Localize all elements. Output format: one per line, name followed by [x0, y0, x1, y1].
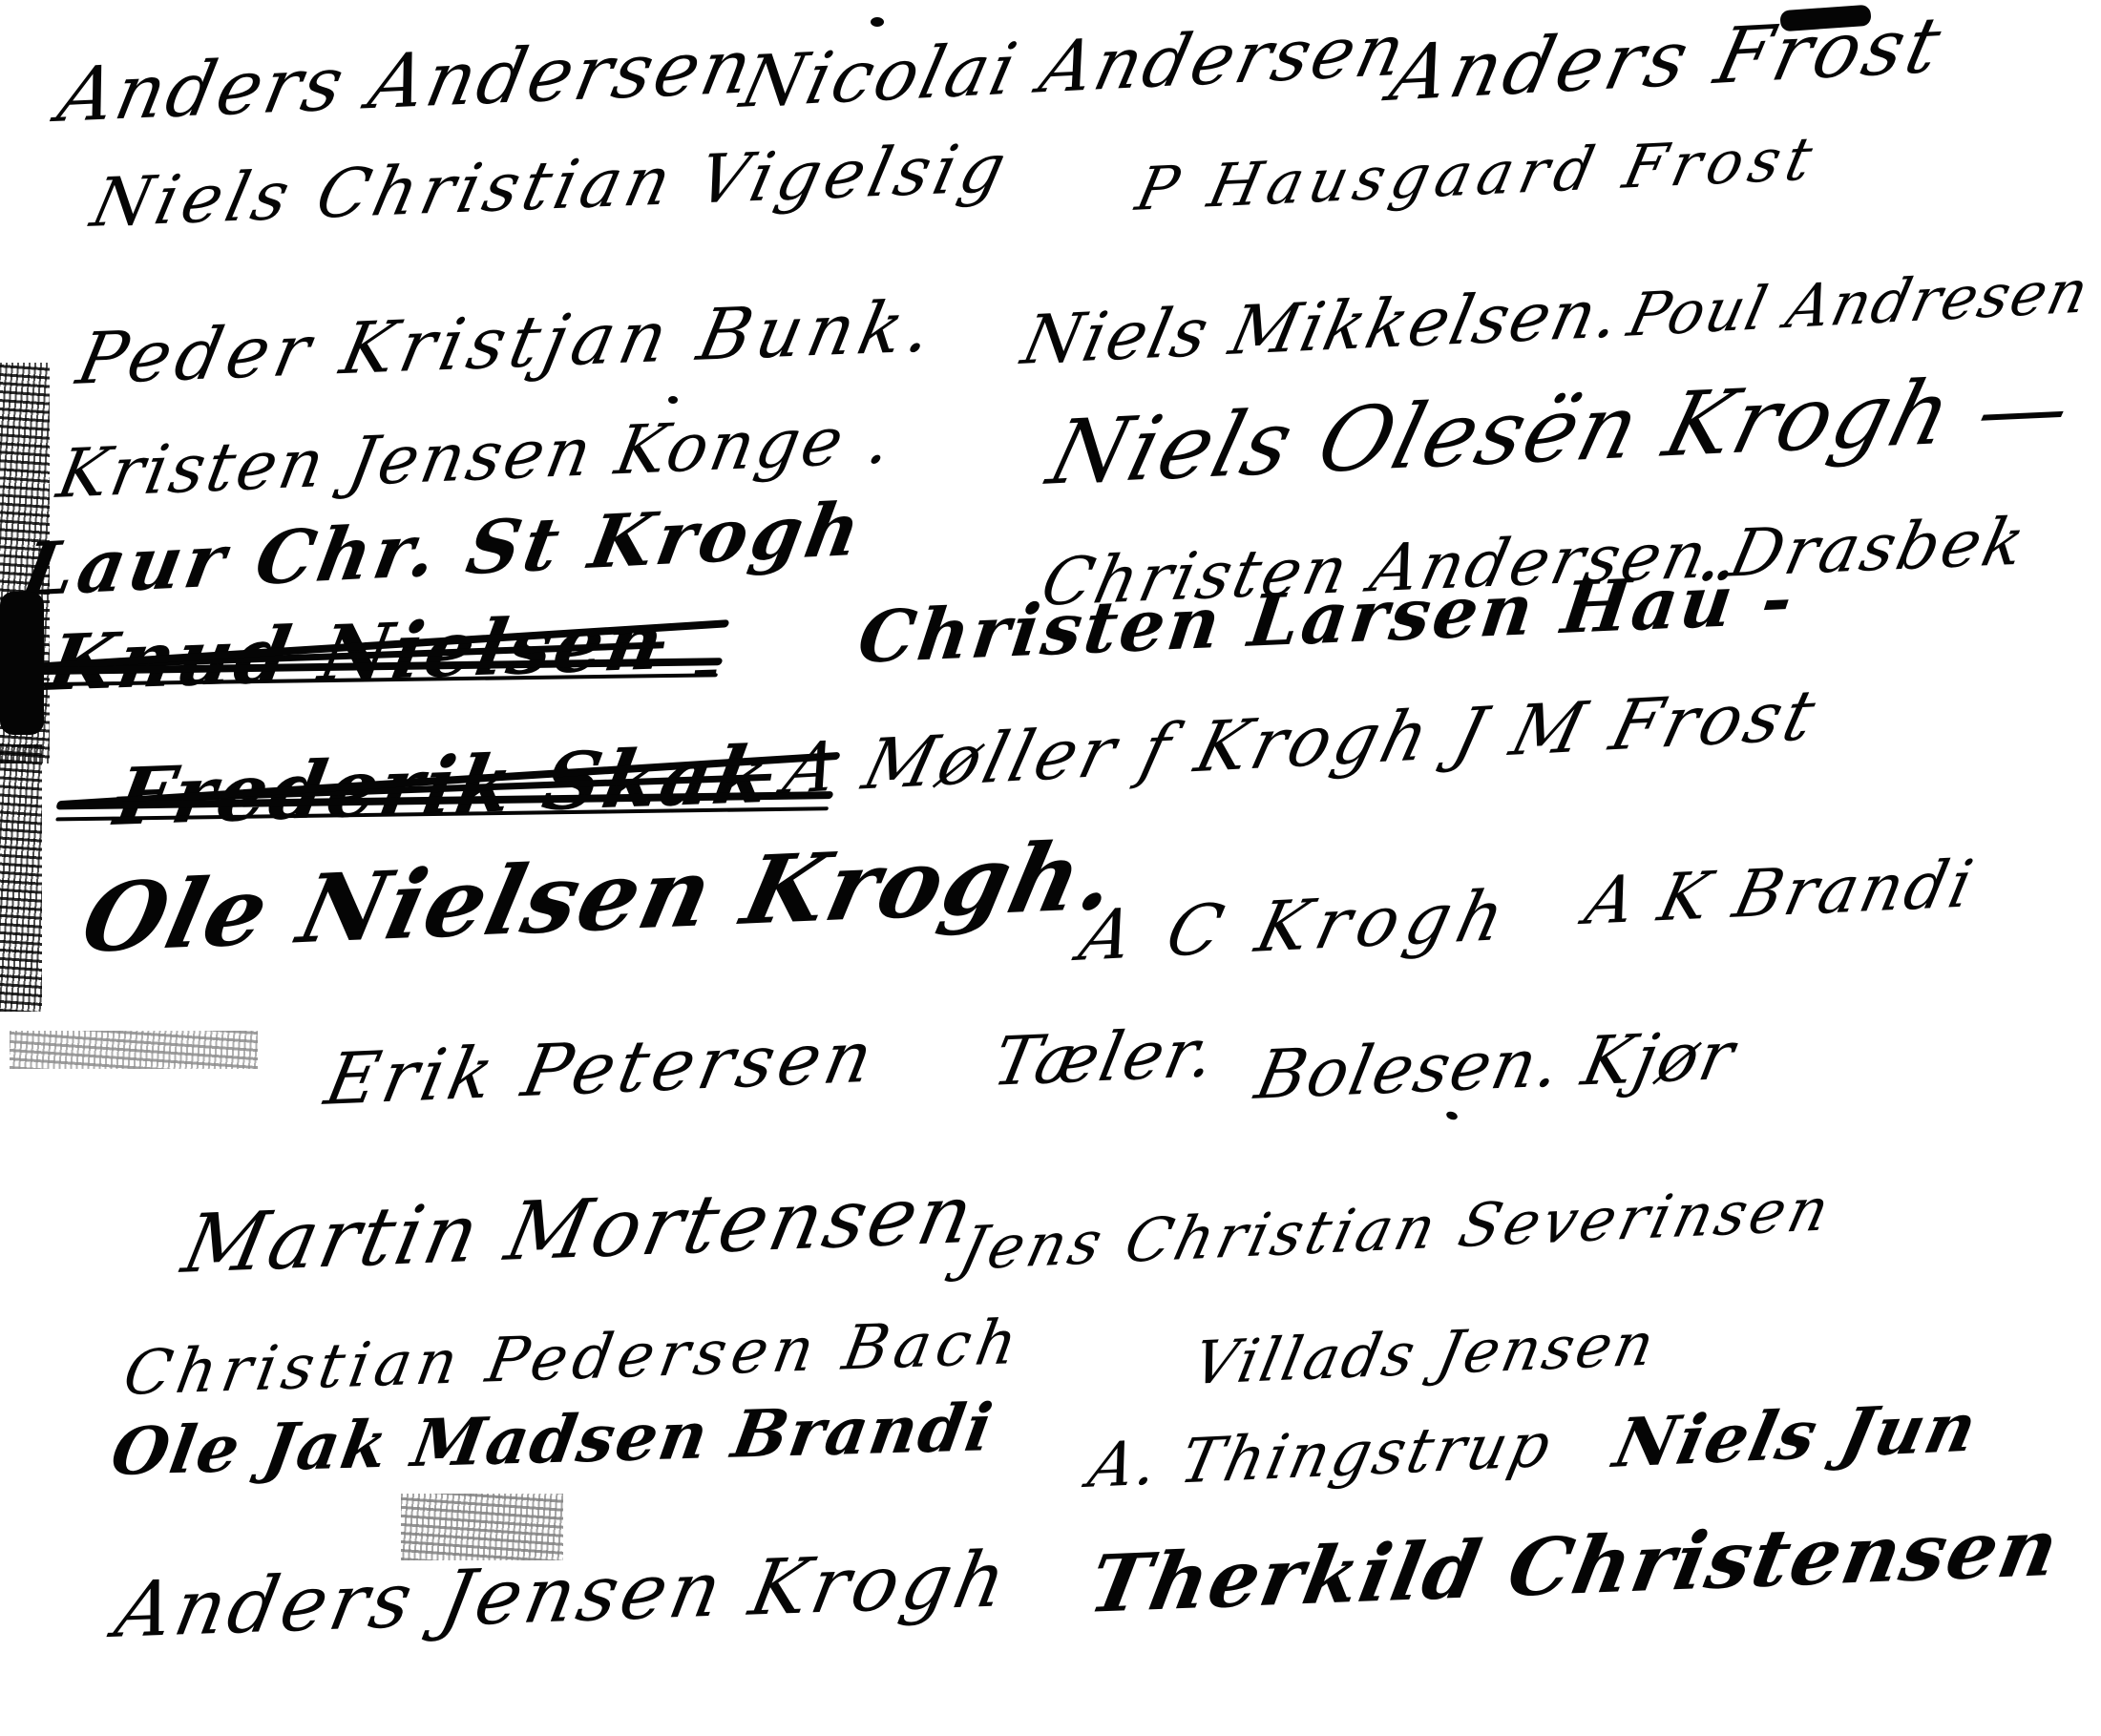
signature: Laur Chr. St Krogh [17, 492, 870, 607]
signature: Ole Nielsen Krogh. [74, 829, 1126, 967]
signature: Niels Jun [1608, 1393, 1985, 1477]
signature: Peder Kristjan Bunk. [72, 291, 944, 395]
signature: Ole Jak Madsen Brandi [107, 1395, 998, 1485]
dash-mark: - [689, 624, 722, 711]
signature: Villads Jensen [1188, 1314, 1662, 1393]
document-scan: Anders Andersen Nicolai Andersen Anders … [0, 0, 2101, 1736]
ink-speck [668, 396, 678, 404]
ink-speck [1445, 1110, 1459, 1121]
signature: Nicolai Andersen [735, 14, 1414, 118]
signature: Anders Andersen [53, 30, 761, 134]
signature: Niels Olesën Krogh — [1040, 363, 2081, 498]
signature: Tæler. [988, 1019, 1222, 1096]
signature: Jens Christian Severinsen [955, 1180, 1838, 1279]
signature: Niels Christian Vigelsig [86, 135, 1016, 237]
signature: A Møller f Krogh J M Frost [778, 680, 1825, 804]
ink-speck [871, 17, 884, 27]
signature: Christian Pedersen Bach [119, 1312, 1027, 1405]
ink-noise-left-edge [0, 744, 42, 1012]
signature: A C Krogh [1074, 880, 1518, 971]
struck-signature: Frederik Skak [110, 735, 778, 837]
signature: Martin Mortensen [177, 1174, 982, 1285]
signature: Bolesen. Kjør [1250, 1021, 1741, 1109]
ink-blot [0, 592, 44, 735]
signature: Christen Larsen Haü - [854, 563, 1799, 674]
struck-signature: Knud Nielsen [43, 603, 671, 701]
signature: Poul Andresen [1623, 261, 2095, 345]
signature: A K Brandi [1580, 852, 1981, 935]
ink-noise-bottom [401, 1494, 563, 1560]
signature: Therkild Christensen [1083, 1508, 2066, 1624]
signature: P Hausgaard Frost [1131, 129, 1824, 220]
signature: Niels Mikkelsen. [1017, 280, 1628, 374]
signature: Erik Petersen [320, 1021, 883, 1116]
signature: A. Thingstrup [1083, 1414, 1559, 1497]
ink-noise-row [10, 1031, 258, 1069]
